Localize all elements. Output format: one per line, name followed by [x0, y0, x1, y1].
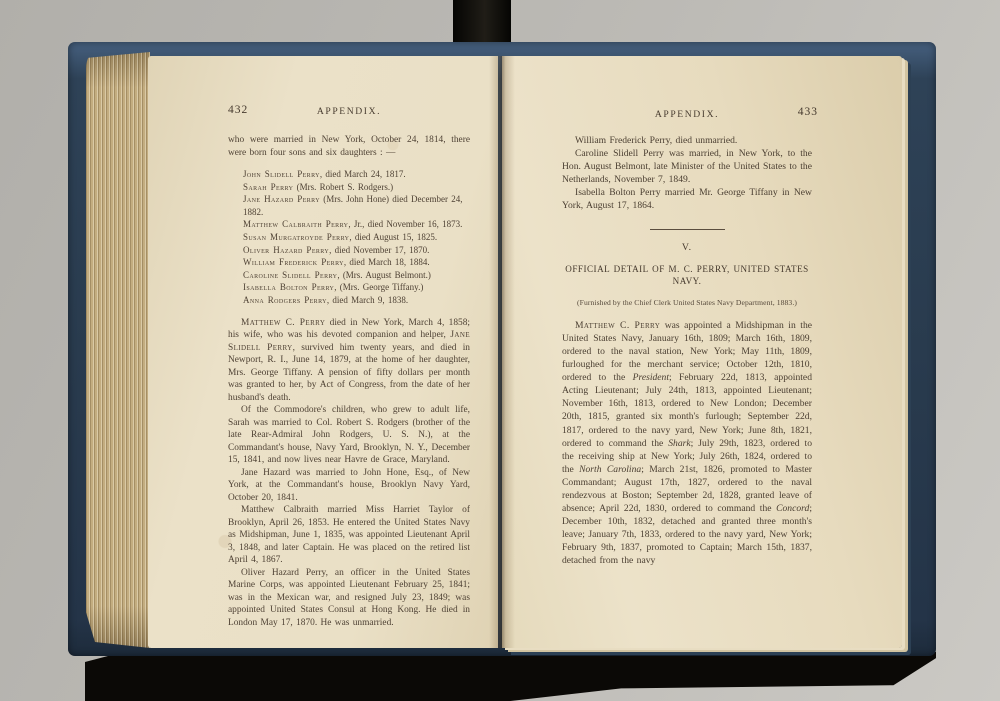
- body-paragraph: Matthew C. Perry died in New York, March…: [228, 317, 470, 405]
- section-number: V.: [562, 241, 812, 254]
- list-item: Susan Murgatroyde Perry, died August 15,…: [243, 231, 470, 244]
- list-item: Sarah Perry (Mrs. Robert S. Rodgers.): [243, 181, 470, 194]
- list-item: Matthew Calbraith Perry, Jr., died Novem…: [243, 218, 470, 231]
- body-paragraph: Oliver Hazard Perry, an officer in the U…: [228, 567, 470, 630]
- right-page-text-column: APPENDIX. 433 William Frederick Perry, d…: [562, 108, 812, 568]
- list-item: William Frederick Perry, died March 18, …: [243, 256, 470, 269]
- left-page: 432 APPENDIX. who were married in New Yo…: [148, 56, 498, 648]
- section-attribution: (Furnished by the Chief Clerk United Sta…: [562, 296, 812, 309]
- list-item: Isabella Bolton Perry, (Mrs. George Tiff…: [243, 281, 470, 294]
- section-divider-rule: [650, 229, 725, 230]
- list-item: Oliver Hazard Perry, died November 17, 1…: [243, 244, 470, 257]
- left-page-header-row: 432 APPENDIX.: [228, 106, 470, 120]
- body-paragraph: Matthew Calbraith married Miss Harriet T…: [228, 504, 470, 567]
- book-photo: 432 APPENDIX. who were married in New Yo…: [0, 0, 1000, 701]
- body-paragraph: Jane Hazard was married to John Hone, Es…: [228, 467, 470, 505]
- children-list: John Slidell Perry, died March 24, 1817.…: [243, 168, 470, 307]
- intro-paragraph: who were married in New York, October 24…: [228, 134, 470, 159]
- book-gutter: [489, 56, 515, 648]
- body-paragraph: Isabella Bolton Perry married Mr. George…: [562, 186, 812, 212]
- left-page-text-column: 432 APPENDIX. who were married in New Yo…: [228, 106, 470, 629]
- right-page: APPENDIX. 433 William Frederick Perry, d…: [502, 56, 902, 648]
- list-item: John Slidell Perry, died March 24, 1817.: [243, 168, 470, 181]
- page-number: 433: [798, 106, 818, 119]
- body-paragraph: William Frederick Perry, died unmarried.: [562, 134, 812, 147]
- right-page-header-row: APPENDIX. 433: [562, 108, 812, 122]
- list-item: Jane Hazard Perry (Mrs. John Hone) died …: [243, 193, 470, 218]
- list-item: Caroline Slidell Perry, (Mrs. August Bel…: [243, 269, 470, 282]
- running-header: APPENDIX.: [562, 108, 812, 121]
- body-paragraph: Of the Commodore's children, who grew to…: [228, 404, 470, 467]
- body-paragraph: Caroline Slidell Perry was married, in N…: [562, 147, 812, 186]
- running-header: APPENDIX.: [228, 106, 470, 119]
- list-item: Anna Rodgers Perry, died March 9, 1838.: [243, 294, 470, 307]
- section-body-paragraph: Matthew C. Perry was appointed a Midship…: [562, 319, 812, 568]
- page-edges-stack: [86, 52, 150, 648]
- section-title: OFFICIAL DETAIL OF M. C. PERRY, UNITED S…: [562, 263, 812, 288]
